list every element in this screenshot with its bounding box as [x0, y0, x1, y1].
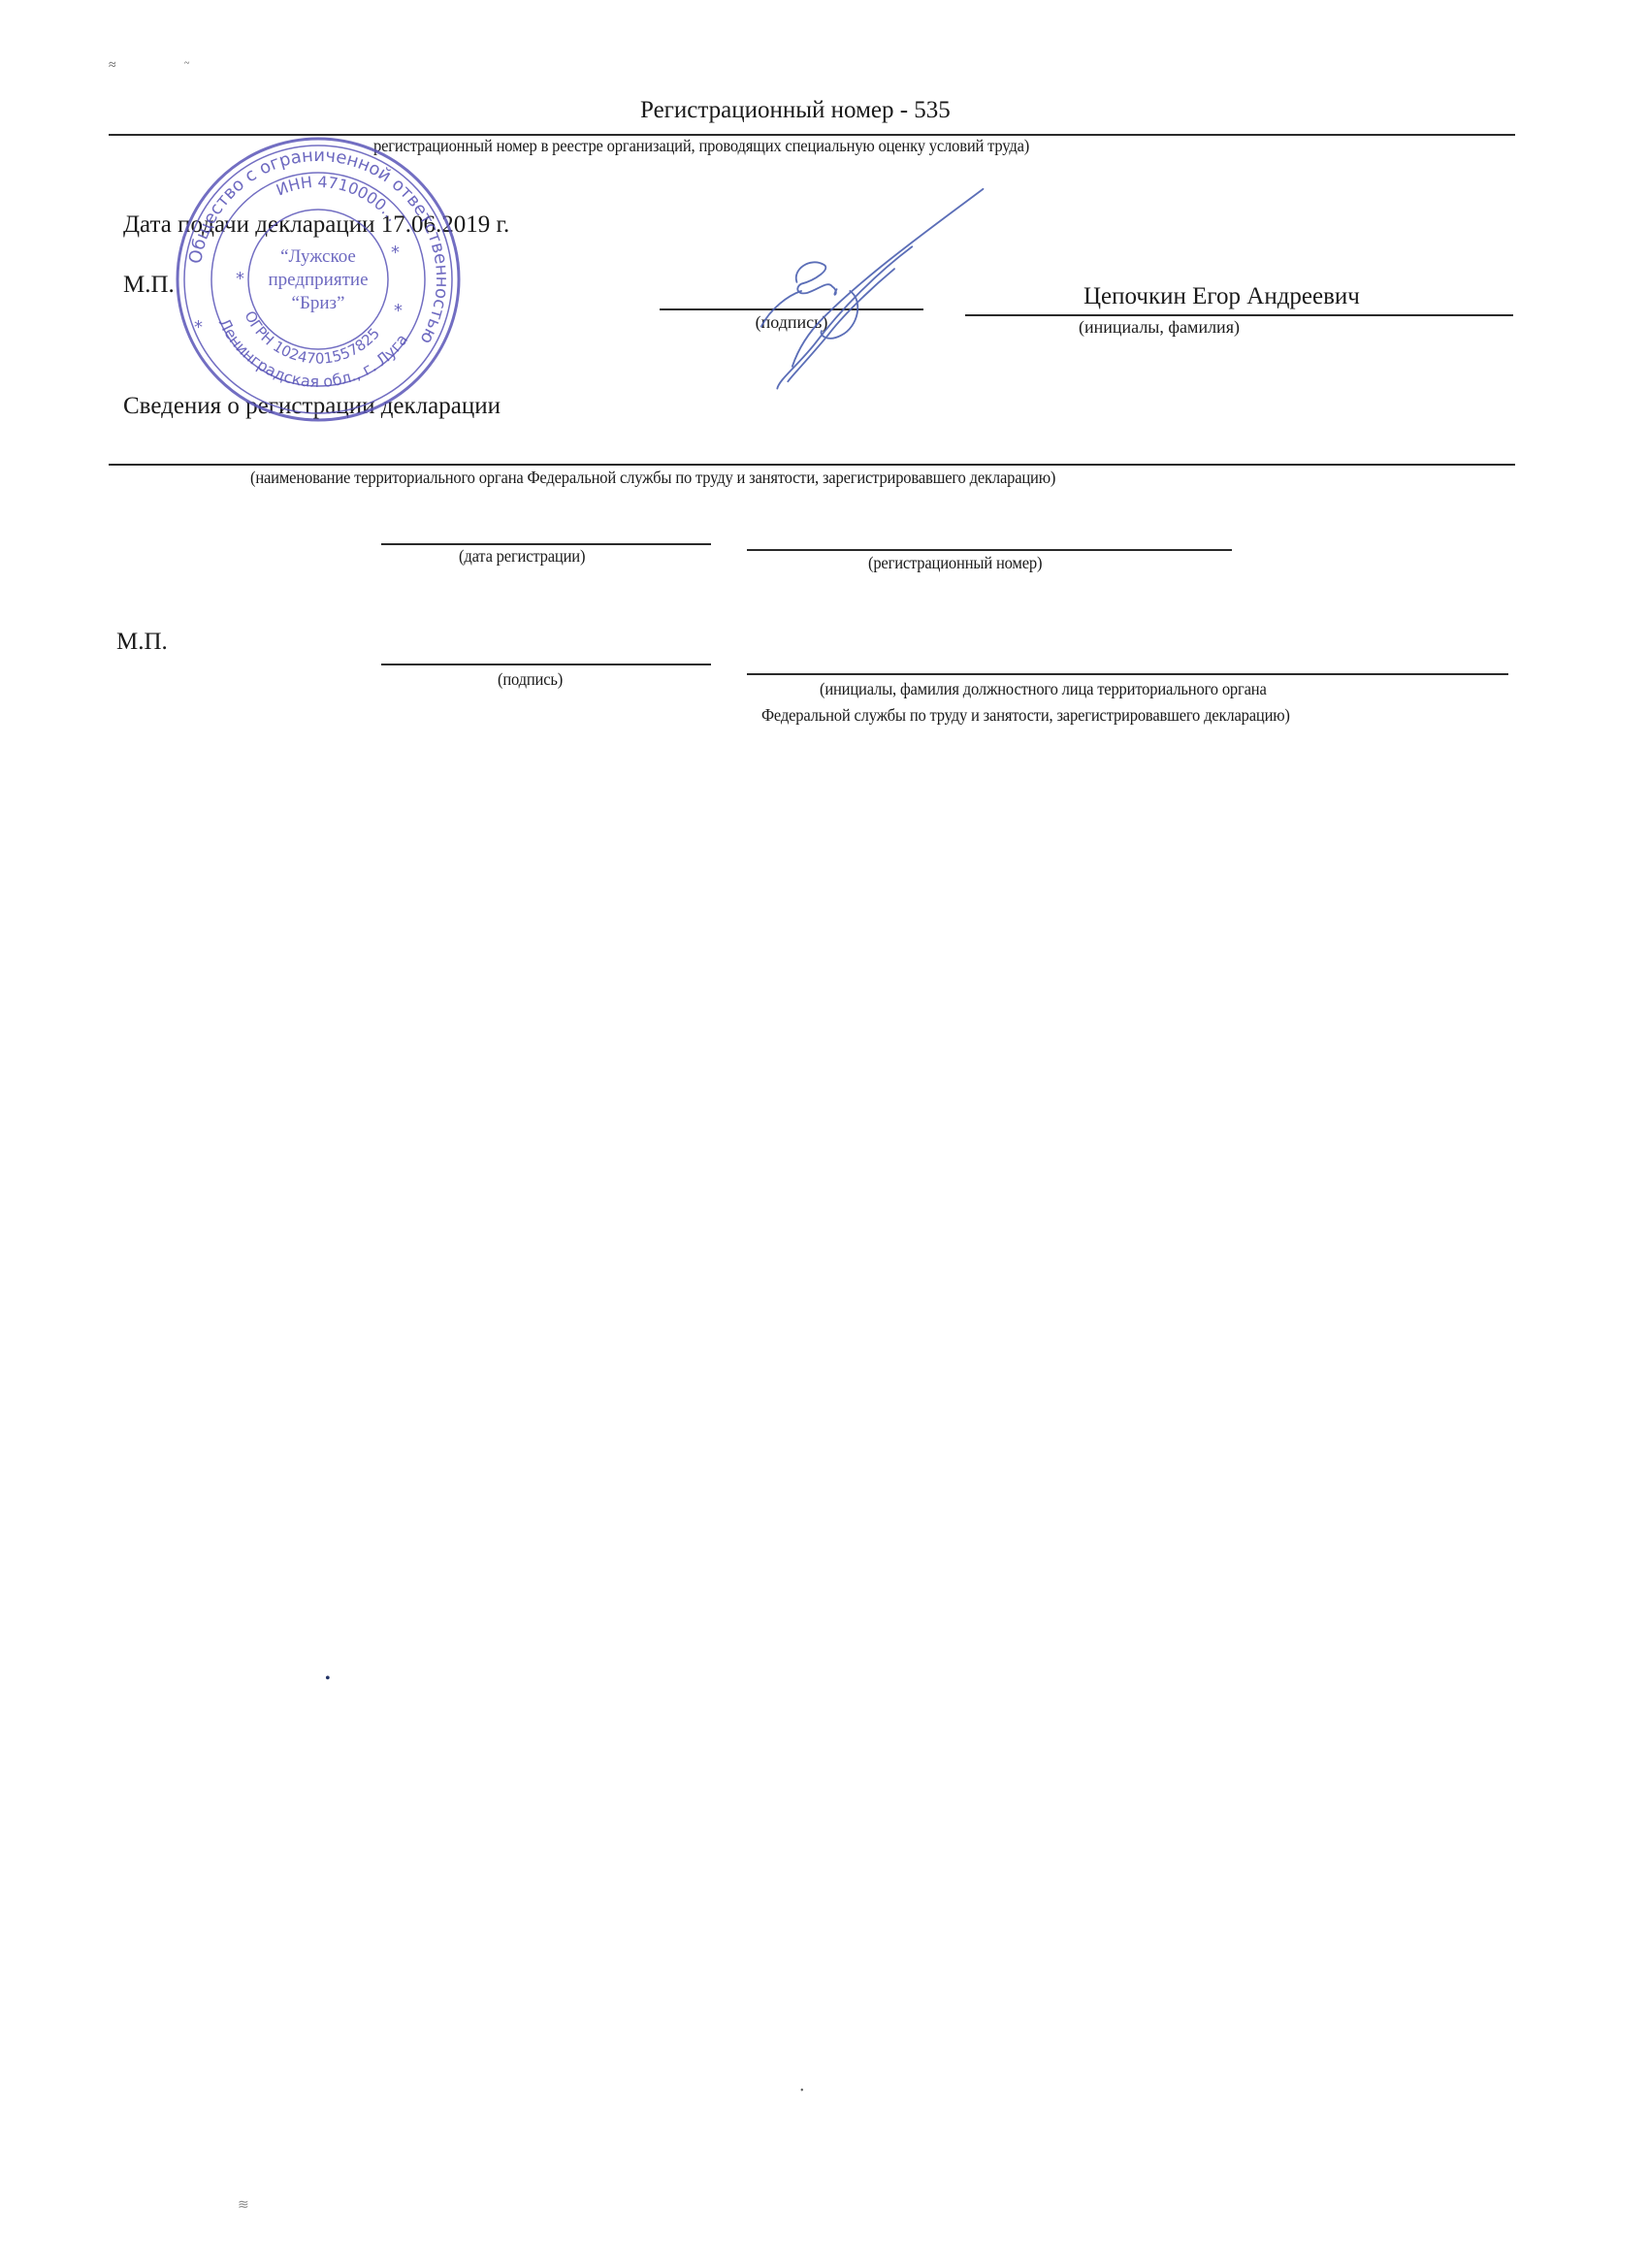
- handwritten-signature: [708, 175, 1018, 407]
- official-name-caption-line2: Федеральной службы по труду и занятости,…: [761, 705, 1290, 726]
- svg-text:*: *: [391, 243, 400, 263]
- scan-artifact: ≈: [109, 58, 116, 74]
- svg-text:*: *: [394, 301, 403, 321]
- official-signature-caption: (подпись): [498, 669, 563, 690]
- registration-number-text: Регистрационный номер - 535: [640, 97, 951, 124]
- svg-text:“Бриз”: “Бриз”: [292, 293, 345, 313]
- organ-name-caption: (наименование территориального органа Фе…: [250, 468, 1055, 488]
- svg-text:*: *: [194, 317, 203, 338]
- official-name-caption-line1: (инициалы, фамилия должностного лица тер…: [820, 679, 1267, 699]
- scan-artifact: ~: [184, 58, 189, 69]
- registration-date-caption: (дата регистрации): [459, 546, 585, 567]
- seal-label: М.П.: [123, 272, 175, 299]
- signer-name-line: [965, 314, 1513, 316]
- company-stamp: Общество с ограниченной ответственностью…: [173, 134, 464, 425]
- scan-artifact: •: [325, 1670, 331, 1688]
- signer-name: Цепочкин Егор Андреевич: [1083, 283, 1360, 310]
- official-seal-label: М.П.: [116, 629, 168, 656]
- registration-number-caption: регистрационный номер в реестре организа…: [373, 136, 1029, 156]
- svg-text:*: *: [236, 269, 244, 289]
- signer-name-caption: (инициалы, фамилия): [965, 317, 1353, 338]
- organ-name-line: [109, 464, 1515, 466]
- scan-artifact: ≋: [238, 2197, 249, 2214]
- registration-date-line: [381, 543, 711, 545]
- registration-number-line: [747, 549, 1232, 551]
- scan-artifact: •: [800, 2086, 804, 2096]
- svg-text:“Лужское: “Лужское: [280, 246, 356, 267]
- svg-text:предприятие: предприятие: [269, 270, 369, 290]
- official-signature-line: [381, 664, 711, 665]
- registration-number-field-caption: (регистрационный номер): [868, 553, 1042, 573]
- official-name-line: [747, 673, 1508, 675]
